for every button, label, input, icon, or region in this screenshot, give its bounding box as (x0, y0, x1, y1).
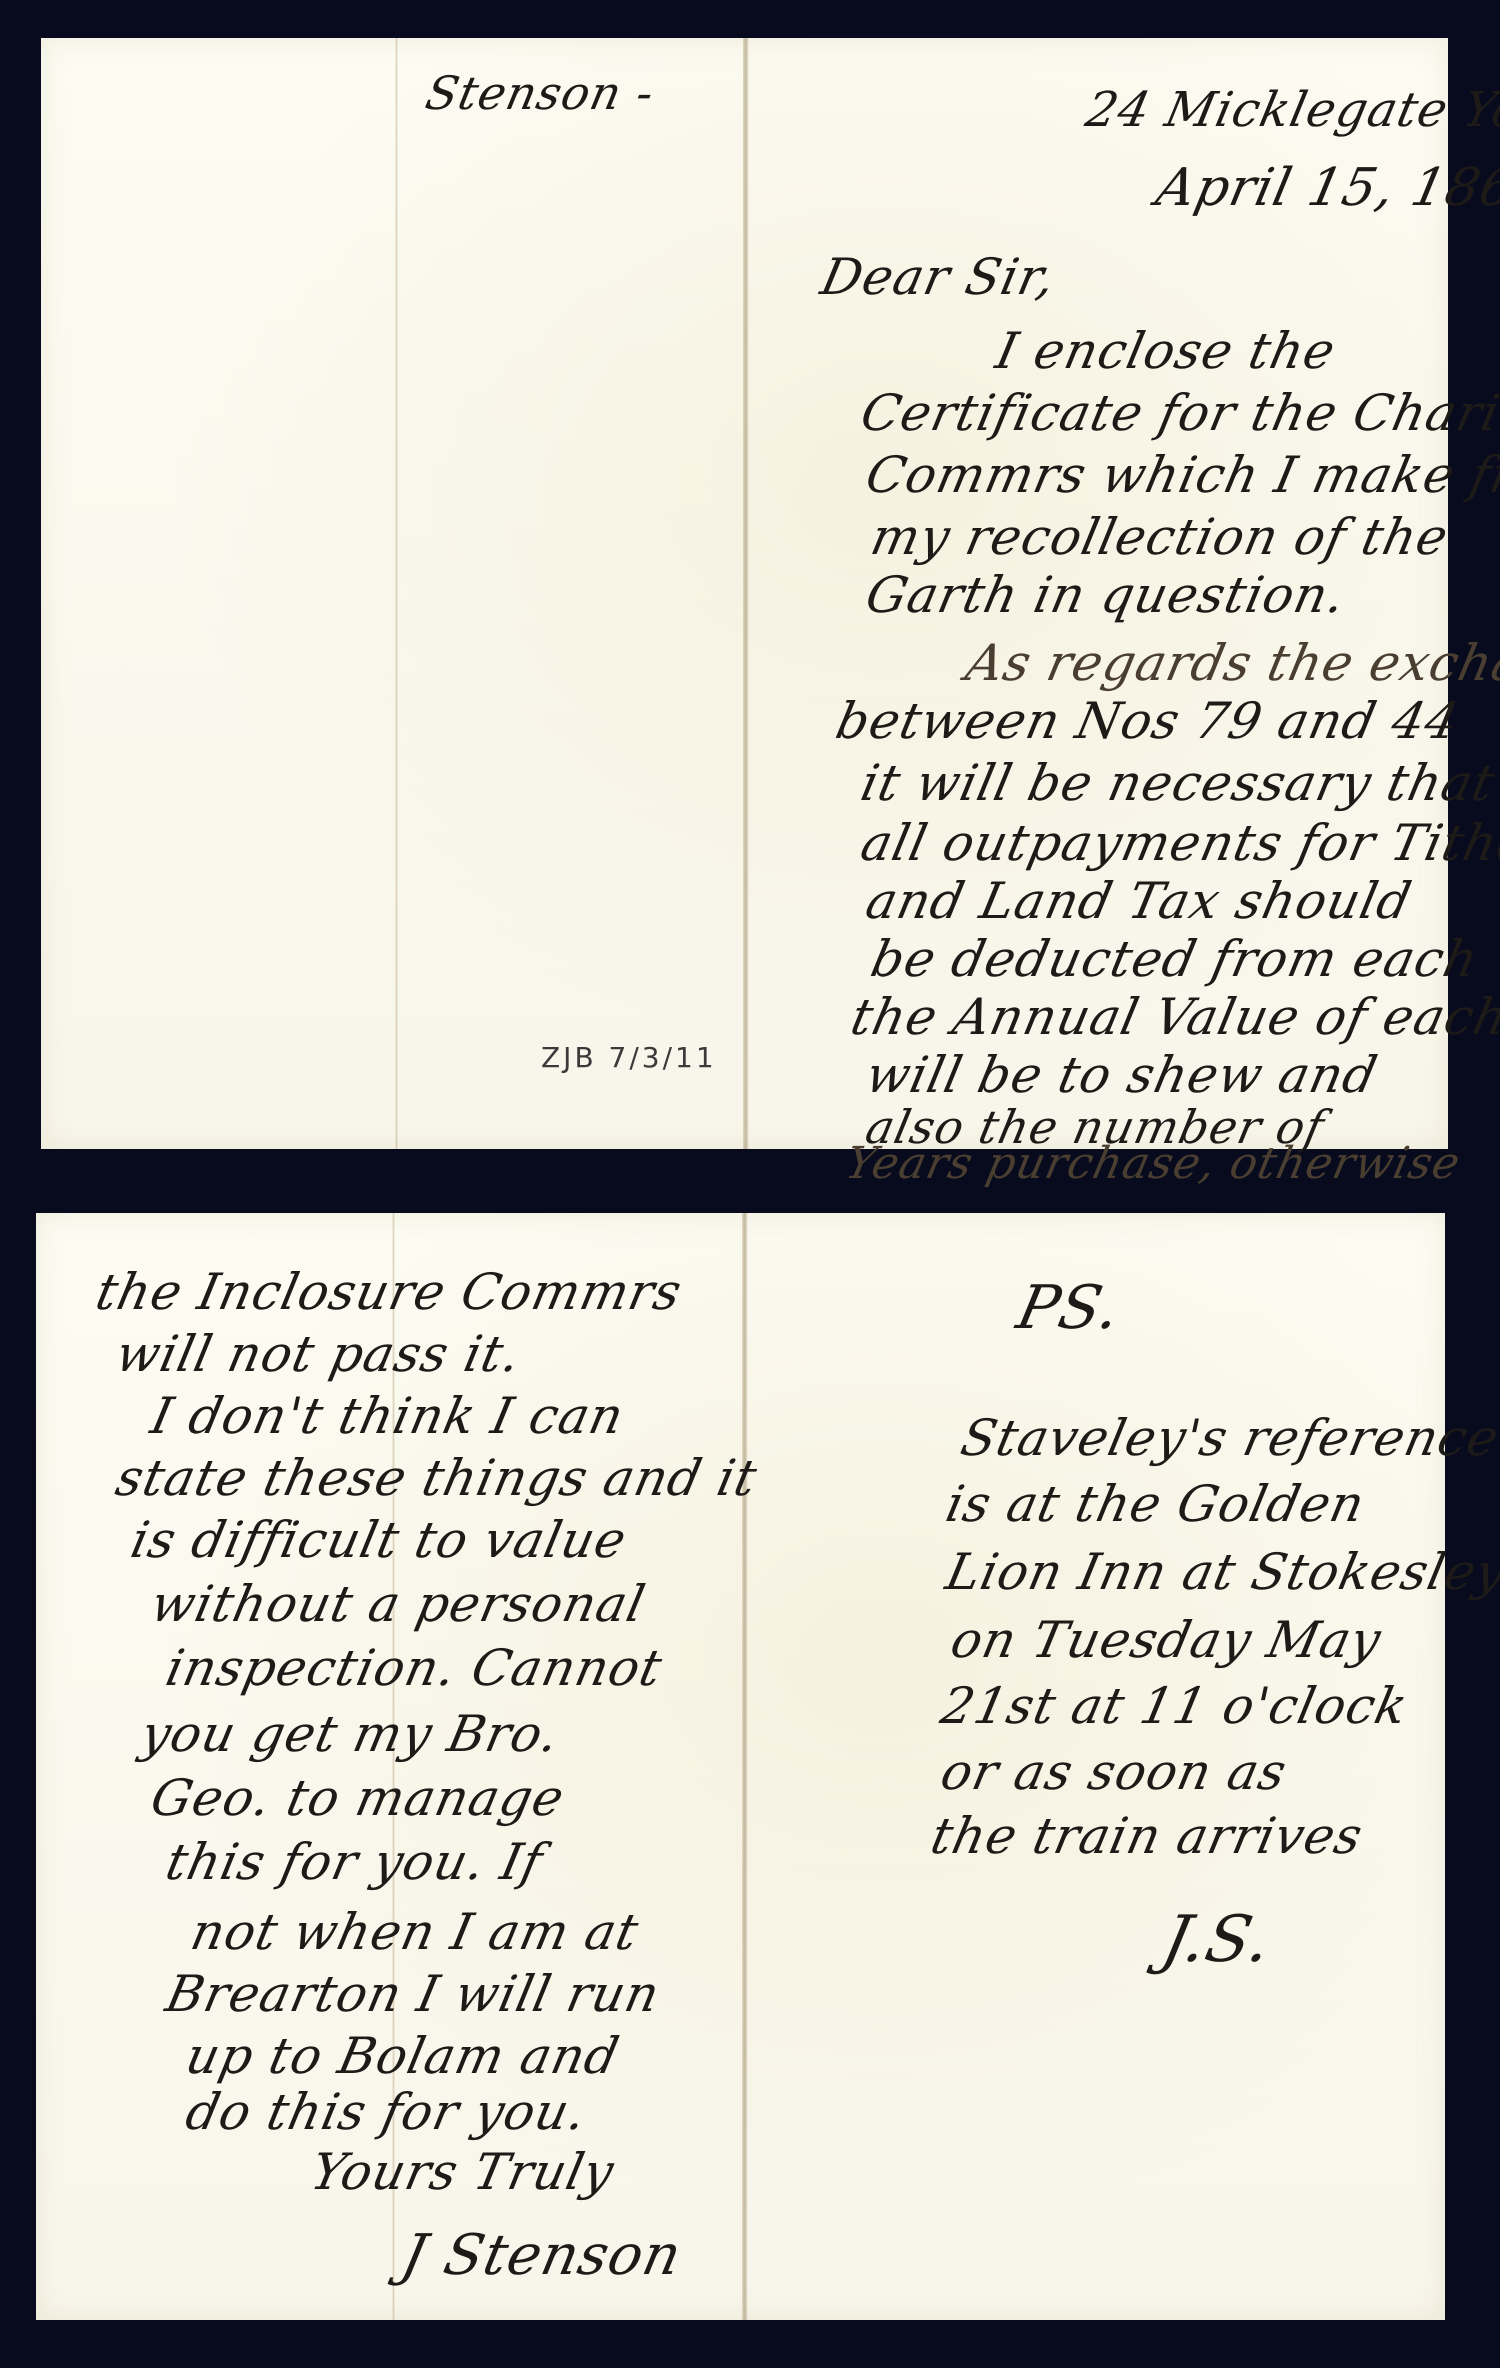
postscript-line: is at the Golden (941, 1475, 1370, 1533)
letter-line: be deducted from each (866, 930, 1484, 988)
letter-line: I don't think I can (146, 1387, 629, 1445)
letter-line: Geo. to manage (146, 1769, 570, 1827)
letter-line: the Inclosure Commrs (91, 1263, 687, 1321)
letter-sheet-top: Stenson - ZJB 7/3/11 24 Micklegate York … (41, 38, 1448, 1149)
letter-line: you get my Bro. (136, 1705, 565, 1763)
signature: J Stenson (396, 2223, 688, 2288)
letter-line: will not pass it. (111, 1325, 526, 1383)
letter-line: state these things and it (111, 1449, 763, 1507)
postscript-line: on Tuesday May (946, 1611, 1387, 1669)
letter-sheet-bottom: the Inclosure Commrs will not pass it. I… (36, 1213, 1445, 2320)
letter-line: not when I am at (186, 1903, 644, 1961)
letter-line: and Land Tax should (861, 872, 1417, 930)
archive-reference-mark: ZJB 7/3/11 (541, 1041, 717, 1074)
postscript-line: Staveley's reference (956, 1409, 1500, 1467)
letter-line: my recollection of the (866, 508, 1454, 566)
closing: Yours Truly (306, 2143, 619, 2201)
letter-line: between Nos 79 and 44 (831, 692, 1465, 750)
letter-line: Garth in question. (861, 566, 1351, 624)
fold-line (395, 38, 398, 1149)
letter-line: Years purchase, otherwise (841, 1138, 1465, 1189)
sender-address: 24 Micklegate York (1081, 82, 1500, 138)
letter-line: up to Bolam and (181, 2027, 625, 2085)
letter-line: As regards the exchange (961, 634, 1500, 692)
letter-line: will be to shew and (861, 1046, 1383, 1104)
letter-line: it will be necessary that (856, 754, 1500, 812)
letter-line: this for you. If (161, 1833, 548, 1891)
page-divide-fold (742, 1213, 748, 2320)
postscript-line: Lion Inn at Stokesley (941, 1543, 1500, 1601)
letter-line: is difficult to value (126, 1511, 632, 1569)
postscript-line: the train arrives (926, 1807, 1368, 1865)
letter-date: April 15, 1861 (1151, 158, 1500, 218)
page-divide-fold (743, 38, 749, 1149)
letter-line: I enclose the (991, 322, 1341, 380)
letter-line: inspection. Cannot (161, 1639, 668, 1697)
letter-line: Commrs which I make from (861, 446, 1500, 504)
docket-name: Stenson - (421, 66, 659, 120)
postscript-line: 21st at 11 o'clock (936, 1677, 1413, 1735)
letter-line: all outpayments for Tithe (856, 814, 1500, 872)
postscript-heading: PS. (1011, 1273, 1127, 1343)
postscript-initials: J.S. (1156, 1903, 1279, 1977)
salutation: Dear Sir, (816, 248, 1061, 306)
letter-line: the Annual Value of each (846, 988, 1500, 1046)
letter-line: without a personal (146, 1575, 651, 1633)
letter-line: Brearton I will run (161, 1965, 665, 2023)
postscript-line: or as soon as (936, 1743, 1292, 1801)
letter-line: do this for you. (181, 2083, 592, 2141)
letter-line: Certificate for the Charity (856, 384, 1500, 442)
